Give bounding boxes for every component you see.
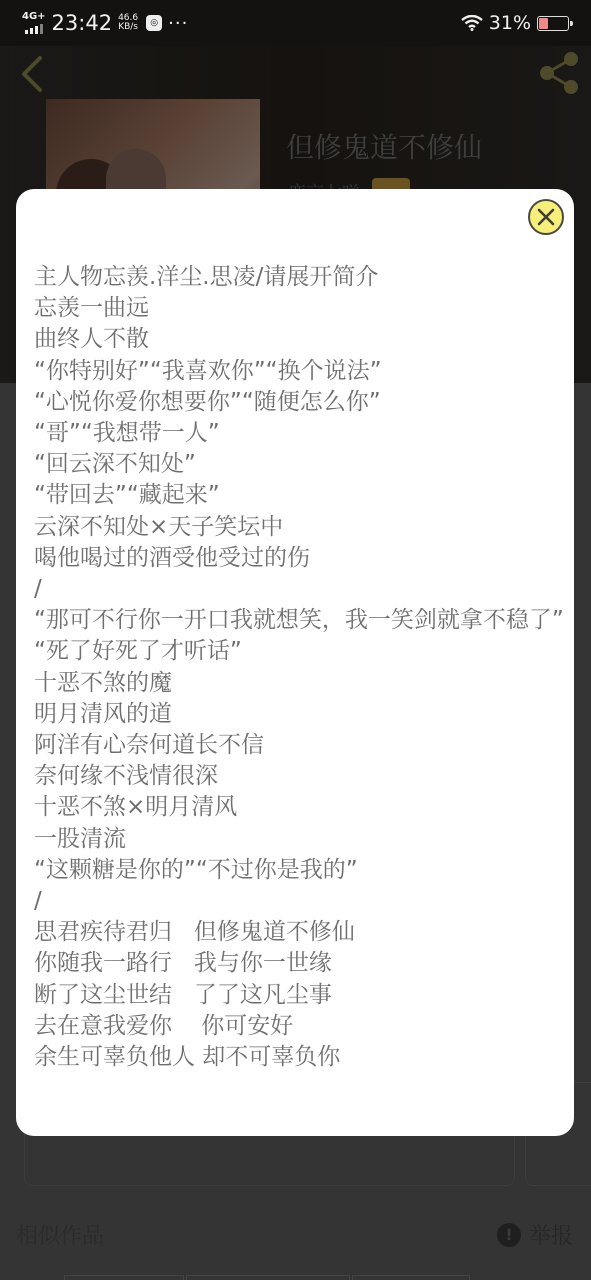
cellular-signal-icon: 4G+ — [22, 12, 46, 34]
intro-line: 明月清风的道 — [34, 699, 564, 730]
intro-line: 去在意我爱你 你可安好 — [34, 1011, 564, 1042]
intro-line: 阿洋有心奈何道长不信 — [34, 730, 564, 761]
intro-line: “那可不行你一开口我就想笑，我一笑剑就拿不稳了” — [34, 605, 564, 636]
book-title: 但修鬼道不修仙 — [286, 126, 482, 166]
intro-line: / — [34, 886, 564, 917]
intro-line: 一股清流 — [34, 824, 564, 855]
similar-works-list — [64, 1275, 470, 1280]
speed-unit: KB/s — [118, 23, 138, 32]
intro-line: 思君疾待君归 但修鬼道不修仙 — [34, 917, 564, 948]
intro-line: 云深不知处×天子笑坛中 — [34, 512, 564, 543]
intro-line: “带回去”“藏起来” — [34, 480, 564, 511]
report-button: ! 举报 — [497, 1219, 573, 1250]
intro-line: / — [34, 574, 564, 605]
intro-line: 喝他喝过的酒受他受过的伤 — [34, 543, 564, 574]
intro-line: 主人物忘羡.洋尘.思凌/请展开简介 — [34, 262, 564, 293]
intro-modal: 主人物忘羡.洋尘.思凌/请展开简介 忘羡一曲远 曲终人不散 “你特别好”“我喜欢… — [16, 189, 574, 1136]
book-introduction: 主人物忘羡.洋尘.思凌/请展开简介 忘羡一曲远 曲终人不散 “你特别好”“我喜欢… — [34, 262, 564, 1073]
back-arrow-icon[interactable] — [16, 54, 48, 94]
intro-line: 余生可辜负他人 却不可辜负你 — [34, 1042, 564, 1073]
intro-line: “这颗糖是你的”“不过你是我的” — [34, 855, 564, 886]
battery-icon — [537, 16, 569, 31]
intro-line: 你随我一路行 我与你一世缘 — [34, 948, 564, 979]
intro-line: 忘羡一曲远 — [34, 293, 564, 324]
intro-line: 十恶不煞的魔 — [34, 668, 564, 699]
close-button[interactable] — [528, 199, 564, 235]
close-icon — [537, 208, 555, 226]
intro-line: 断了这尘世结 了了这凡尘事 — [34, 980, 564, 1011]
screen: 4G+ 23:42 46.6 KB/s ◎ ··· 31% — [0, 0, 591, 1280]
intro-line: 十恶不煞×明月清风 — [34, 792, 564, 823]
similar-works-title: 相似作品 — [16, 1219, 104, 1250]
network-type: 4G+ — [22, 12, 46, 22]
intro-line: “你特别好”“我喜欢你”“换个说法” — [34, 356, 564, 387]
more-notifications-icon: ··· — [168, 13, 188, 34]
status-bar: 4G+ 23:42 46.6 KB/s ◎ ··· 31% — [0, 0, 591, 46]
share-icon[interactable] — [537, 50, 581, 96]
similar-work-thumb — [64, 1275, 184, 1280]
intro-line: “回云深不知处” — [34, 449, 564, 480]
similar-work-thumb — [352, 1275, 470, 1280]
clock: 23:42 — [52, 11, 113, 35]
battery-percent: 31% — [489, 12, 531, 34]
intro-line: “心悦你爱你想要你”“随便怎么你” — [34, 387, 564, 418]
intro-line: 曲终人不散 — [34, 324, 564, 355]
app-notification-icon: ◎ — [146, 15, 162, 31]
similar-work-thumb — [186, 1275, 350, 1280]
network-speed: 46.6 KB/s — [118, 14, 138, 32]
intro-line: “哥”“我想带一人” — [34, 418, 564, 449]
alert-icon: ! — [497, 1223, 521, 1247]
report-label: 举报 — [529, 1219, 573, 1250]
intro-line: 奈何缘不浅情很深 — [34, 761, 564, 792]
intro-line: “死了好死了才听话” — [34, 636, 564, 667]
wifi-icon — [461, 15, 483, 31]
